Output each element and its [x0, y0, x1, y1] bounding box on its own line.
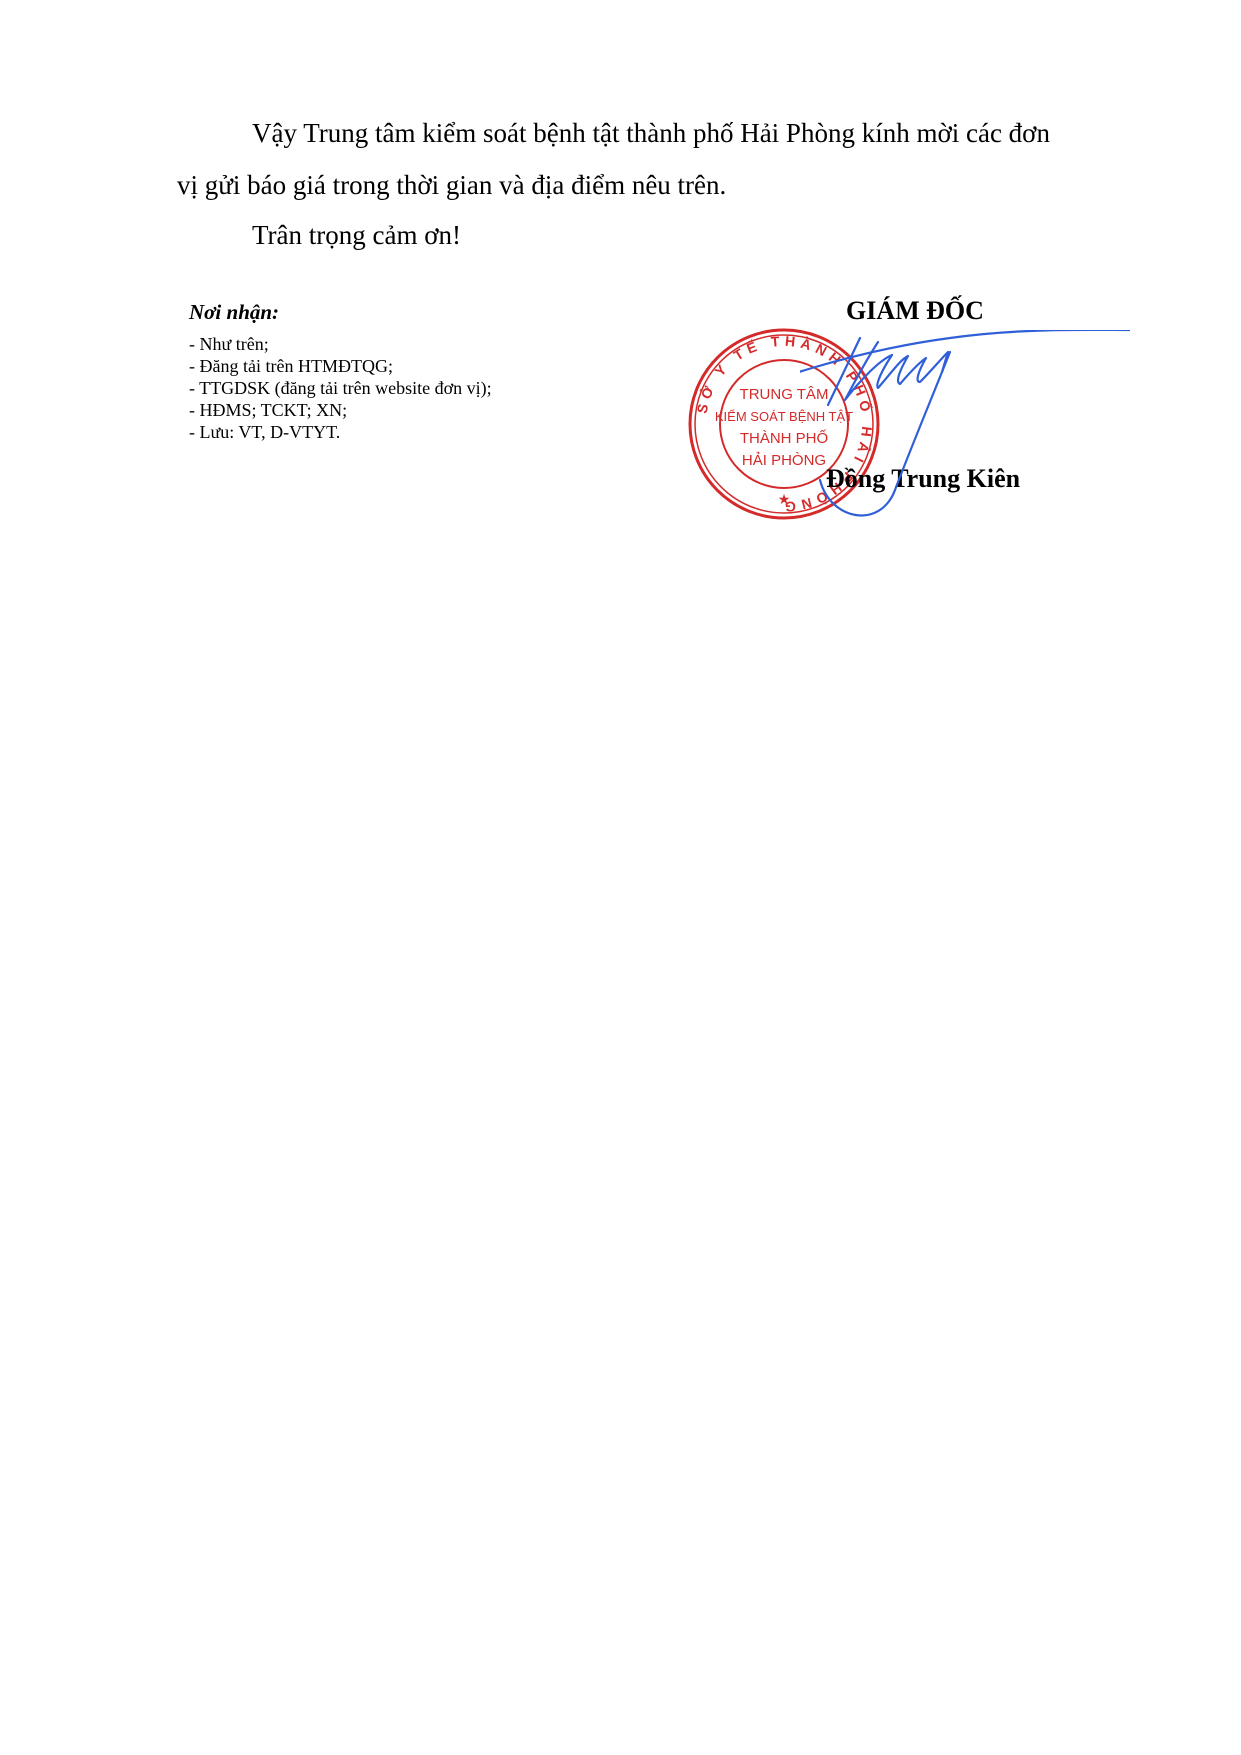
recipient-item: - TTGDSK (đăng tải trên website đơn vị);: [189, 377, 609, 399]
recipients-block: Nơi nhận: - Như trên; - Đăng tải trên HT…: [189, 300, 609, 443]
closing-paragraph-line-1: Vậy Trung tâm kiểm soát bệnh tật thành p…: [252, 118, 1050, 148]
seal-star-icon: ★: [778, 491, 791, 507]
handwritten-signature-icon: [800, 330, 1130, 530]
recipient-item: - Lưu: VT, D-VTYT.: [189, 421, 609, 443]
recipient-item: - HĐMS; TCKT; XN;: [189, 399, 609, 421]
position-title: GIÁM ĐỐC: [846, 296, 984, 326]
closing-paragraph: Vậy Trung tâm kiểm soát bệnh tật thành p…: [177, 120, 1127, 199]
recipient-item: - Đăng tải trên HTMĐTQG;: [189, 355, 609, 377]
recipients-title: Nơi nhận:: [189, 300, 609, 325]
closing-paragraph-line-2: vị gửi báo giá trong thời gian và địa đi…: [177, 172, 1127, 199]
thanks-line: Trân trọng cảm ơn!: [252, 222, 1202, 249]
recipient-item: - Như trên;: [189, 333, 609, 355]
